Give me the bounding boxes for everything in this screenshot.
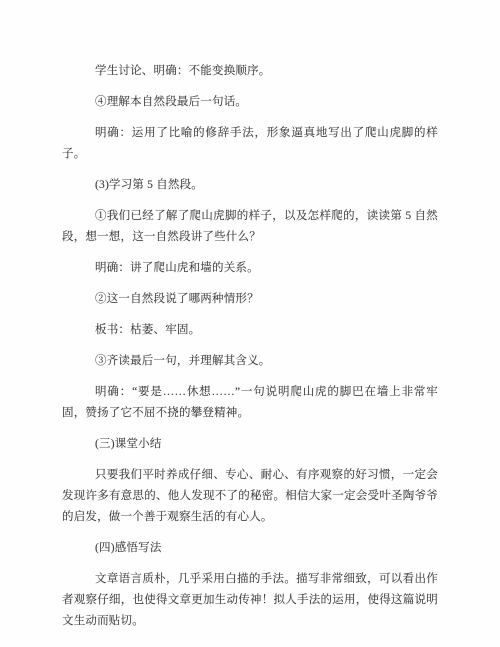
paragraph-question-3: ③齐读最后一句，并理解其含义。 bbox=[62, 351, 438, 372]
document-body: 学生讨论、明确：不能变换顺序。 ④理解本自然段最后一句话。 明确：运用了比喻的修… bbox=[62, 61, 438, 642]
document-page: 学生讨论、明确：不能变换顺序。 ④理解本自然段最后一句话。 明确：运用了比喻的修… bbox=[0, 0, 500, 647]
paragraph-section-3-heading: (3)学习第 5 自然段。 bbox=[62, 175, 438, 196]
paragraph-discussion-answer: 学生讨论、明确：不能变换顺序。 bbox=[62, 61, 438, 82]
paragraph-question-2: ②这一自然段说了哪两种情形？ bbox=[62, 289, 438, 310]
paragraph-question-1: ①我们已经了解了爬山虎脚的样子，以及怎样爬的，读读第 5 自然段，想一想，这一自… bbox=[62, 206, 438, 248]
paragraph-clarify-metaphor: 明确：运用了比喻的修辞手法，形象逼真地写出了爬山虎脚的样子。 bbox=[62, 123, 438, 165]
paragraph-step-4: ④理解本自然段最后一句话。 bbox=[62, 92, 438, 113]
paragraph-clarify-meaning: 明确：“要是……休想……”一句说明爬山虎的脚巴在墙上非常牢固，赞扬了它不屈不挠的… bbox=[62, 382, 438, 424]
paragraph-class-summary-heading: (三)课堂小结 bbox=[62, 434, 438, 455]
paragraph-writing-method-heading: (四)感悟写法 bbox=[62, 538, 438, 559]
paragraph-clarify-relation: 明确：讲了爬山虎和墙的关系。 bbox=[62, 258, 438, 279]
paragraph-board-notes: 板书：枯萎、牢固。 bbox=[62, 320, 438, 341]
paragraph-writing-method-body: 文章语言质朴，几乎采用白描的手法。描写非常细致，可以看出作者观察仔细，也使得文章… bbox=[62, 569, 438, 632]
paragraph-class-summary-body: 只要我们平时养成仔细、专心、耐心、有序观察的好习惯，一定会发现许多有意思的、他人… bbox=[62, 465, 438, 528]
